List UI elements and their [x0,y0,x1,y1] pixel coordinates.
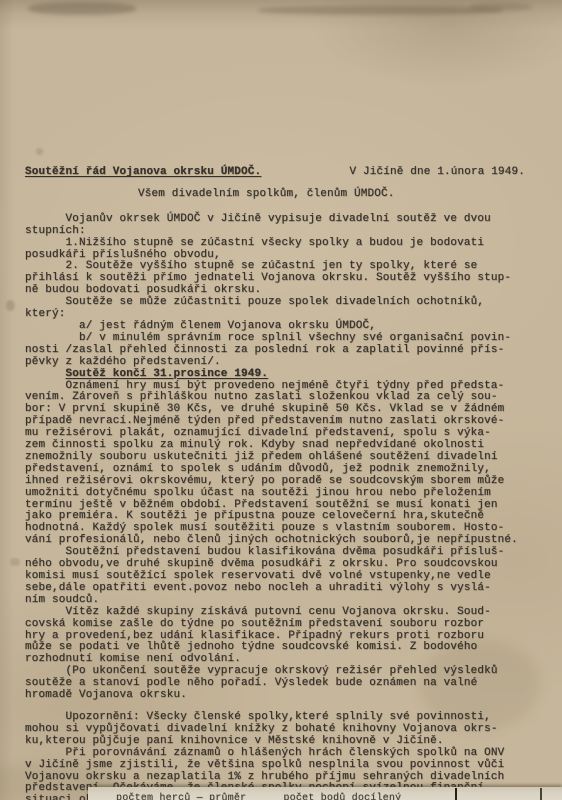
intro-paragraphs: Vojanův okrsek ÚMDOČ v Jičíně vypisuje d… [25,214,552,369]
paper-smudge [36,148,43,155]
document-title: Soutěžní řád Vojanova okrsku ÚMDOČ. [25,167,261,179]
text-line: ku,kterou půjčuje paní knihovnice v Měst… [25,736,552,748]
clipped-table-header-fragment: počtem herců — průměr počet bodů docílen… [116,793,401,800]
table-rule-mark [455,788,457,800]
text-line: Vítěz každé skupiny získává putovní cenu… [25,607,552,619]
text-line: 1.Nižšího stupně se zúčastní všecky spol… [25,238,552,250]
text-line: ihned režisérovi okrskovému, který po po… [25,476,552,488]
text-line: covská komise zašle do týdne po soutěžní… [25,619,552,631]
deadline-indent [25,368,66,380]
text-line: Soutěže se může zúčastniti pouze spolek … [25,297,552,309]
scanned-document-page: Soutěžní řád Vojanova okrsku ÚMDOČ. V Ji… [0,0,562,800]
text-line: umožniti dotyčnému spolku účast na soutě… [25,488,552,500]
text-line: hromadě Vojanova okrsku. [25,690,552,702]
rules-paragraphs: Oznámení hry musí být provedeno nejméně … [25,381,552,702]
deadline-text: Soutěž končí 31.prosince 1949. [66,368,269,380]
document-date: V Jičíně dne 1.února 1949. [349,167,525,179]
paper-smudge [6,300,15,311]
text-line: ním soudců. [25,595,552,607]
text-line: nosti /zaslal přehled činnosti za posled… [25,345,552,357]
text-line: stupních: [25,226,552,238]
paper-smudge [28,2,136,15]
text-line: sebe,dále opatřiti event.povoz nebo nocl… [25,583,552,595]
text-line: v Jičíně jsme zjistili, že většina spolk… [25,760,552,772]
text-line: mohou si vypůjčovati divadelní knížky z … [25,724,552,736]
text-line: b/ v minulém správním roce splnil všechn… [25,333,552,345]
typewritten-text-block: Soutěžní řád Vojanova okrsku ÚMDOČ. V Ji… [25,167,552,800]
paper-smudge [470,3,532,11]
salutation-line: Všem divadelním spolkům, členům ÚMDOČ. [25,189,552,201]
paper-smudge [10,558,20,566]
text-line: Při porovnávání záznamů o hlášených hrác… [25,748,552,760]
table-rule-mark [540,788,542,800]
text-line: Vojanův okrsek ÚMDOČ v Jičíně vypisuje d… [25,214,552,226]
paper-smudge [258,6,503,15]
deadline-line: Soutěž končí 31.prosince 1949. [25,369,552,381]
text-line: představení, oznámí to spolek s udáním d… [25,464,552,476]
document-header: Soutěžní řád Vojanova okrsku ÚMDOČ. V Ji… [25,167,552,179]
overlapping-page-strip: počtem herců — průměr počet bodů docílen… [88,787,562,800]
